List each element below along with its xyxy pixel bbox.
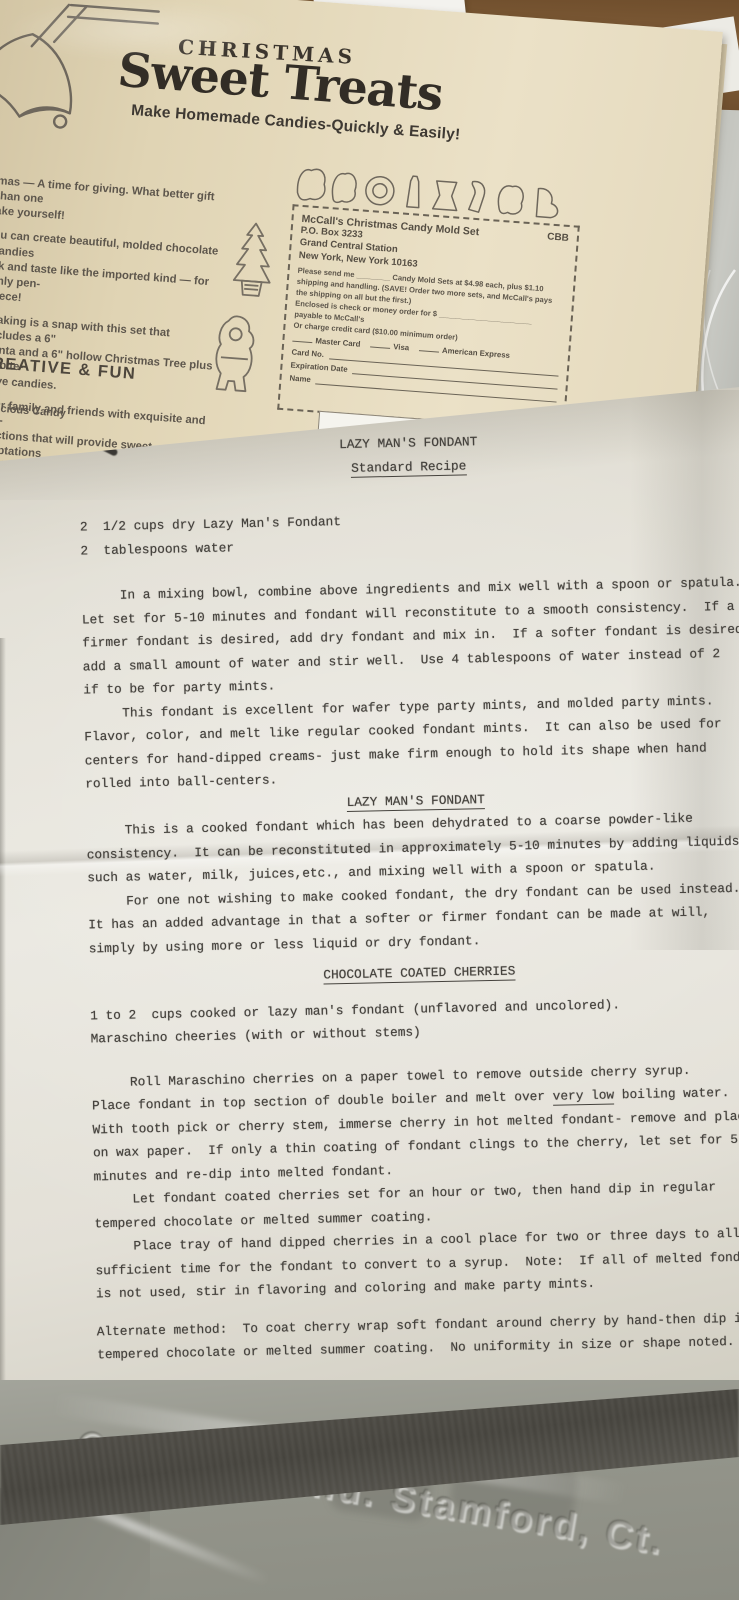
santa-mold-icon bbox=[204, 310, 265, 404]
field-label-expiration: Expiration Date bbox=[290, 361, 348, 374]
santa-mold-illustration bbox=[204, 310, 265, 404]
checkbox-blank bbox=[419, 343, 440, 352]
recipe-heading-3: CHOCOLATE COATED CHERRIES bbox=[89, 955, 739, 992]
recipe-sheet: LAZY MAN'S FONDANT Standard Recipe 2 1/2… bbox=[0, 370, 739, 1480]
order-form: McCall's Christmas Candy Mold Set CBB P.… bbox=[277, 204, 580, 431]
field-label-card-no: Card No. bbox=[291, 348, 324, 359]
order-form-code: CBB bbox=[547, 231, 570, 245]
recipe-paragraph-3: This is a cooked fondant which has been … bbox=[86, 805, 739, 960]
recipe-ingredients-2: 1 to 2 cups cooked or lazy man's fondant… bbox=[90, 990, 739, 1051]
recipe-paragraph-1: In a mixing bowl, combine above ingredie… bbox=[81, 570, 739, 702]
brochure-paragraph: ou can create beautiful, molded chocolat… bbox=[0, 228, 225, 321]
christmas-tree-mold-icon bbox=[219, 217, 287, 305]
field-label-name: Name bbox=[289, 374, 311, 385]
recipe-paragraph-4: Roll Maraschino cherries on a paper towe… bbox=[91, 1057, 739, 1189]
brochure-paragraph: mas — A time for giving. What better gif… bbox=[0, 174, 229, 237]
card-option-mastercard: Master Card bbox=[315, 336, 361, 348]
card-option-amex: American Express bbox=[442, 346, 511, 360]
recipe-paragraph-7: Alternate method: To coat cherry wrap so… bbox=[97, 1305, 739, 1366]
card-option-visa: Visa bbox=[393, 342, 410, 352]
photo-of-documents: CHRISTMAS Sweet Treats Make Homemade Can… bbox=[0, 0, 739, 1600]
underlined-very-low: very low bbox=[553, 1087, 615, 1105]
tray-soft-highlight bbox=[0, 0, 280, 60]
recipe-paragraph-2: This fondant is excellent for wafer type… bbox=[84, 688, 739, 796]
checkbox-blank bbox=[292, 334, 313, 343]
tree-mold-illustration bbox=[219, 217, 287, 305]
recipe-text: LAZY MAN'S FONDANT Standard Recipe 2 1/2… bbox=[0, 424, 739, 1369]
checkbox-blank bbox=[370, 339, 391, 348]
recipe-ingredients: 2 1/2 cups dry Lazy Man's Fondant 2 tabl… bbox=[80, 501, 739, 562]
recipe-paragraph-6: Place tray of hand dipped cherries in a … bbox=[95, 1221, 739, 1306]
